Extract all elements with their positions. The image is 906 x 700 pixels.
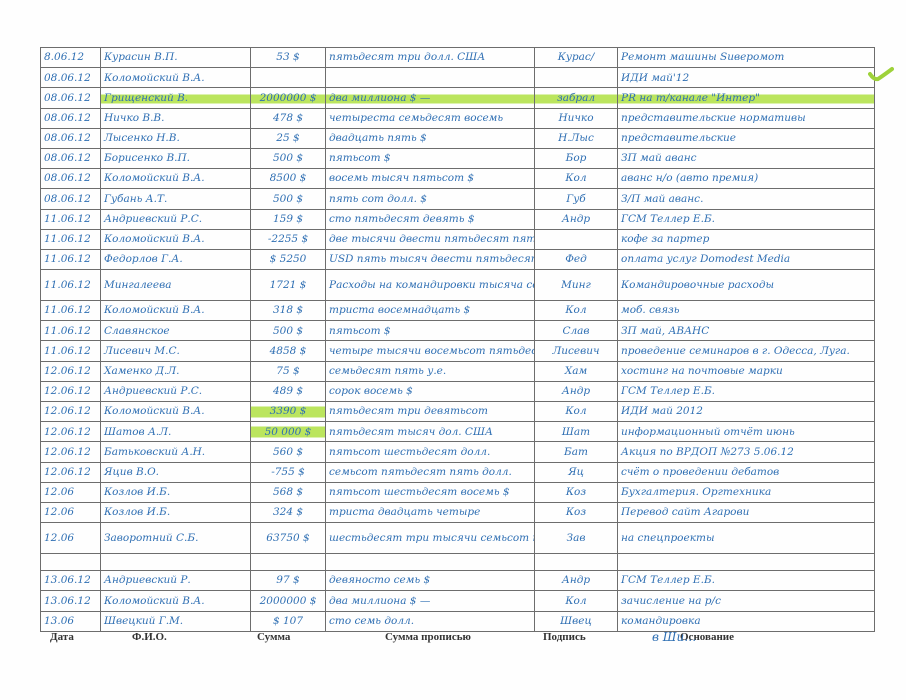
cell-date: 12.06 — [41, 523, 101, 554]
table-row: 08.06.12Губань А.Т.500 $пять сот долл. $… — [41, 189, 875, 209]
cell-amount: 25 $ — [251, 128, 326, 148]
cell-name: Андриевский Р.С. — [101, 209, 251, 229]
cell-basis: представительские нормативы — [618, 108, 875, 128]
cell-signature: Андр — [535, 381, 618, 401]
footer-amount: Сумма — [257, 631, 290, 643]
cell-basis: ГСМ Теллер Е.Б. — [618, 571, 875, 591]
cell-amount-words: пятьсот шестьдесят восемь $ — [326, 482, 535, 502]
cell-amount: 489 $ — [251, 381, 326, 401]
cell-name: Лысенко Н.В. — [101, 128, 251, 148]
table-row: 8.06.12Курасин В.П.53 $пятьдесят три дол… — [41, 48, 875, 68]
cell-date: 8.06.12 — [41, 48, 101, 68]
cell-name: Коломойский В.А. — [101, 68, 251, 88]
cell-amount: 63750 $ — [251, 523, 326, 554]
cell-signature: Губ — [535, 189, 618, 209]
ledger-sheet: 8.06.12Курасин В.П.53 $пятьдесят три дол… — [0, 0, 906, 700]
cell-name: Коломойский В.А. — [101, 169, 251, 189]
cell-name: Яцив В.О. — [101, 462, 251, 482]
cell-basis: ИДИ май'12 — [618, 68, 875, 88]
cell-amount-words — [326, 554, 535, 571]
cell-date: 11.06.12 — [41, 301, 101, 321]
cell-basis: Ремонт машины Sиверомот — [618, 48, 875, 68]
cell-amount-words: пятьсот шестьдесят долл. — [326, 442, 535, 462]
cell-amount-words: шестьдесят три тысячи семьсот пятьдесят … — [326, 523, 535, 554]
cell-signature: Ничко — [535, 108, 618, 128]
cell-date: 08.06.12 — [41, 189, 101, 209]
cell-signature: Кол — [535, 301, 618, 321]
cell-amount: 500 $ — [251, 148, 326, 168]
table-row: 11.06.12Лисевич М.С.4858 $четыре тысячи … — [41, 341, 875, 361]
cell-amount: -2255 $ — [251, 229, 326, 249]
table-row: 08.06.12Ничко В.В.478 $четыреста семьдес… — [41, 108, 875, 128]
cell-amount: 53 $ — [251, 48, 326, 68]
cell-date: 12.06.12 — [41, 462, 101, 482]
cell-name: Ничко В.В. — [101, 108, 251, 128]
cell-amount-words — [326, 68, 535, 88]
cell-amount: -755 $ — [251, 462, 326, 482]
cell-basis: ГСМ Теллер Е.Б. — [618, 381, 875, 401]
ledger-table: 8.06.12Курасин В.П.53 $пятьдесят три дол… — [40, 47, 875, 632]
cell-amount-words: две тысячи двести пятьдесят пять — [326, 229, 535, 249]
footer-name: Ф.И.О. — [132, 631, 167, 643]
cell-name: Мингалеева — [101, 270, 251, 301]
cell-amount: 560 $ — [251, 442, 326, 462]
cell-name: Коломойский В.А. — [101, 301, 251, 321]
cell-basis: Бухгалтерия. Оргтехника — [618, 482, 875, 502]
cell-amount-words: пятьдесят три девятьсот — [326, 402, 535, 422]
cell-date: 08.06.12 — [41, 68, 101, 88]
cell-signature — [535, 229, 618, 249]
cell-date: 12.06 — [41, 482, 101, 502]
cell-amount-words: пятьдесят тысяч дол. США — [326, 422, 535, 442]
table-row: 08.06.12Коломойский В.А.ИДИ май'12 — [41, 68, 875, 88]
table-row: 11.06.12Славянское500 $пятьсот $СлавЗП м… — [41, 321, 875, 341]
cell-date: 11.06.12 — [41, 341, 101, 361]
table-row: 11.06.12Коломойский В.А.318 $триста восе… — [41, 301, 875, 321]
cell-amount: 500 $ — [251, 189, 326, 209]
margin-note: в Ши… — [652, 630, 696, 644]
cell-basis: ЗП май аванс — [618, 148, 875, 168]
cell-basis: ИДИ май 2012 — [618, 402, 875, 422]
cell-name — [101, 554, 251, 571]
cell-name: Андриевский Р. — [101, 571, 251, 591]
cell-date: 11.06.12 — [41, 229, 101, 249]
cell-name: Славянское — [101, 321, 251, 341]
cell-amount-words: пятьдесят три долл. США — [326, 48, 535, 68]
cell-basis: Командировочные расходы — [618, 270, 875, 301]
cell-name: Грищенский В. — [101, 88, 251, 108]
cell-signature: Андр — [535, 571, 618, 591]
column-footer: Дата Ф.И.О. Сумма Сумма прописью Подпись… — [40, 628, 868, 648]
cell-signature: Н.Лыс — [535, 128, 618, 148]
cell-signature: забрал — [535, 88, 618, 108]
cell-signature: Коз — [535, 482, 618, 502]
cell-date: 11.06.12 — [41, 270, 101, 301]
table-row: 13.06.12Андриевский Р.97 $девяносто семь… — [41, 571, 875, 591]
table-row: 11.06.12Мингалеева1721 $Расходы на коман… — [41, 270, 875, 301]
cell-amount: 478 $ — [251, 108, 326, 128]
cell-signature: Кол — [535, 402, 618, 422]
cell-date: 11.06.12 — [41, 321, 101, 341]
table-row: 11.06.12Андриевский Р.С.159 $сто пятьдес… — [41, 209, 875, 229]
table-row: 12.06.12Коломойский В.А.3390 $пятьдесят … — [41, 402, 875, 422]
table-row: 12.06.12Хаменко Д.Л.75 $семьдесят пять у… — [41, 361, 875, 381]
cell-amount-words: девяносто семь $ — [326, 571, 535, 591]
cell-name: Борисенко В.П. — [101, 148, 251, 168]
cell-signature: Хам — [535, 361, 618, 381]
cell-amount-words: четыре тысячи восемьсот пятьдесят восемь — [326, 341, 535, 361]
cell-name: Шатов А.Л. — [101, 422, 251, 442]
cell-signature — [535, 68, 618, 88]
table-row: 12.06Козлов И.Б.324 $триста двадцать чет… — [41, 502, 875, 522]
cell-name: Губань А.Т. — [101, 189, 251, 209]
cell-amount-words: восемь тысяч пятьсот $ — [326, 169, 535, 189]
cell-amount: 75 $ — [251, 361, 326, 381]
table-row: 12.06.12Батьковский А.Н.560 $пятьсот шес… — [41, 442, 875, 462]
cell-name: Батьковский А.Н. — [101, 442, 251, 462]
cell-name: Коломойский В.А. — [101, 591, 251, 611]
cell-date: 12.06.12 — [41, 402, 101, 422]
cell-amount: 2000000 $ — [251, 591, 326, 611]
table-row: 08.06.12Коломойский В.А.8500 $восемь тыс… — [41, 169, 875, 189]
cell-amount-words: пятьсот $ — [326, 148, 535, 168]
cell-amount-words: триста восемнадцать $ — [326, 301, 535, 321]
cell-amount-words: два миллиона $ — — [326, 591, 535, 611]
cell-basis: проведение семинаров в г. Одесса, Луга. — [618, 341, 875, 361]
cell-signature: Бат — [535, 442, 618, 462]
table-row: 12.06Заворотний С.Б.63750 $шестьдесят тр… — [41, 523, 875, 554]
footer-signature: Подпись — [543, 631, 586, 643]
cell-name: Заворотний С.Б. — [101, 523, 251, 554]
cell-basis: хостинг на почтовые марки — [618, 361, 875, 381]
cell-signature: Лисевич — [535, 341, 618, 361]
cell-date: 08.06.12 — [41, 108, 101, 128]
cell-date: 08.06.12 — [41, 88, 101, 108]
table-row: 13.06.12Коломойский В.А.2000000 $два мил… — [41, 591, 875, 611]
cell-basis: оплата услуг Domodest Media — [618, 249, 875, 269]
cell-name: Козлов И.Б. — [101, 502, 251, 522]
cell-basis: З/П май аванс. — [618, 189, 875, 209]
table-row — [41, 554, 875, 571]
cell-amount: 1721 $ — [251, 270, 326, 301]
cell-signature: Яц — [535, 462, 618, 482]
cell-basis: счёт о проведении дебатов — [618, 462, 875, 482]
cell-basis: аванс н/о (авто премия) — [618, 169, 875, 189]
cell-date — [41, 554, 101, 571]
cell-signature: Минг — [535, 270, 618, 301]
cell-date: 11.06.12 — [41, 249, 101, 269]
cell-name: Коломойский В.А. — [101, 229, 251, 249]
cell-amount-words: USD пять тысяч двести пятьдесят — [326, 249, 535, 269]
cell-basis — [618, 554, 875, 571]
cell-basis: Акция по ВРДОП №273 5.06.12 — [618, 442, 875, 462]
cell-amount: $ 5250 — [251, 249, 326, 269]
cell-amount-words: двадцать пять $ — [326, 128, 535, 148]
cell-basis: PR на т/канале "Интер" — [618, 88, 875, 108]
cell-date: 13.06.12 — [41, 591, 101, 611]
cell-amount-words: триста двадцать четыре — [326, 502, 535, 522]
cell-amount-words: Расходы на командировки тысяча семьсот д… — [326, 270, 535, 301]
cell-signature: Кол — [535, 591, 618, 611]
footer-amount-words: Сумма прописью — [385, 631, 471, 643]
cell-amount-words: семьсот пятьдесят пять долл. — [326, 462, 535, 482]
cell-amount-words: пятьсот $ — [326, 321, 535, 341]
cell-amount: 8500 $ — [251, 169, 326, 189]
cell-amount: 4858 $ — [251, 341, 326, 361]
table-row: 12.06.12Шатов А.Л.50 000 $пятьдесят тыся… — [41, 422, 875, 442]
cell-signature: Шат — [535, 422, 618, 442]
cell-name: Коломойский В.А. — [101, 402, 251, 422]
cell-name: Федорлов Г.А. — [101, 249, 251, 269]
cell-amount: 318 $ — [251, 301, 326, 321]
cell-signature: Слав — [535, 321, 618, 341]
cell-date: 12.06 — [41, 502, 101, 522]
cell-amount-words: четыреста семьдесят восемь — [326, 108, 535, 128]
cell-signature: Андр — [535, 209, 618, 229]
table-row: 12.06.12Андриевский Р.С.489 $сорок восем… — [41, 381, 875, 401]
cell-amount: 50 000 $ — [251, 422, 326, 442]
cell-signature: Кол — [535, 169, 618, 189]
cell-signature: Курас/ — [535, 48, 618, 68]
table-row: 08.06.12Борисенко В.П.500 $пятьсот $БорЗ… — [41, 148, 875, 168]
cell-basis: Перевод сайт Агарови — [618, 502, 875, 522]
cell-signature: Бор — [535, 148, 618, 168]
table-row: 11.06.12Коломойский В.А.-2255 $две тысяч… — [41, 229, 875, 249]
cell-amount-words: пять сот долл. $ — [326, 189, 535, 209]
cell-date: 13.06.12 — [41, 571, 101, 591]
cell-name: Андриевский Р.С. — [101, 381, 251, 401]
cell-date: 08.06.12 — [41, 128, 101, 148]
table-row: 12.06Козлов И.Б.568 $пятьсот шестьдесят … — [41, 482, 875, 502]
cell-date: 12.06.12 — [41, 442, 101, 462]
cell-signature: Зав — [535, 523, 618, 554]
cell-name: Хаменко Д.Л. — [101, 361, 251, 381]
cell-signature: Фед — [535, 249, 618, 269]
table-row: 08.06.12Грищенский В.2000000 $два миллио… — [41, 88, 875, 108]
cell-amount: 500 $ — [251, 321, 326, 341]
cell-amount: 2000000 $ — [251, 88, 326, 108]
cell-amount-words: семьдесят пять у.е. — [326, 361, 535, 381]
cell-amount — [251, 68, 326, 88]
cell-basis: информационный отчёт июнь — [618, 422, 875, 442]
cell-date: 11.06.12 — [41, 209, 101, 229]
cell-signature — [535, 554, 618, 571]
cell-basis: зачисление на р/с — [618, 591, 875, 611]
cell-amount-words: сто пятьдесят девять $ — [326, 209, 535, 229]
cell-date: 08.06.12 — [41, 169, 101, 189]
cell-date: 12.06.12 — [41, 361, 101, 381]
cell-amount-words: два миллиона $ — — [326, 88, 535, 108]
cell-name: Курасин В.П. — [101, 48, 251, 68]
table-row: 12.06.12Яцив В.О.-755 $семьсот пятьдесят… — [41, 462, 875, 482]
cell-basis: кофе за партер — [618, 229, 875, 249]
cell-date: 12.06.12 — [41, 422, 101, 442]
cell-basis: ЗП май, АВАНС — [618, 321, 875, 341]
cell-basis: представительские — [618, 128, 875, 148]
cell-name: Лисевич М.С. — [101, 341, 251, 361]
cell-signature: Коз — [535, 502, 618, 522]
cell-amount — [251, 554, 326, 571]
table-row: 08.06.12Лысенко Н.В.25 $двадцать пять $Н… — [41, 128, 875, 148]
cell-amount: 97 $ — [251, 571, 326, 591]
footer-date: Дата — [50, 631, 74, 643]
cell-amount: 324 $ — [251, 502, 326, 522]
cell-amount: 159 $ — [251, 209, 326, 229]
cell-name: Козлов И.Б. — [101, 482, 251, 502]
cell-basis: ГСМ Теллер Е.Б. — [618, 209, 875, 229]
cell-date: 12.06.12 — [41, 381, 101, 401]
cell-amount-words: сорок восемь $ — [326, 381, 535, 401]
cell-amount: 568 $ — [251, 482, 326, 502]
cell-date: 08.06.12 — [41, 148, 101, 168]
table-row: 11.06.12Федорлов Г.А.$ 5250USD пять тыся… — [41, 249, 875, 269]
cell-amount: 3390 $ — [251, 402, 326, 422]
cell-basis: моб. связь — [618, 301, 875, 321]
check-mark-icon — [868, 66, 894, 82]
cell-basis: на спецпроекты — [618, 523, 875, 554]
